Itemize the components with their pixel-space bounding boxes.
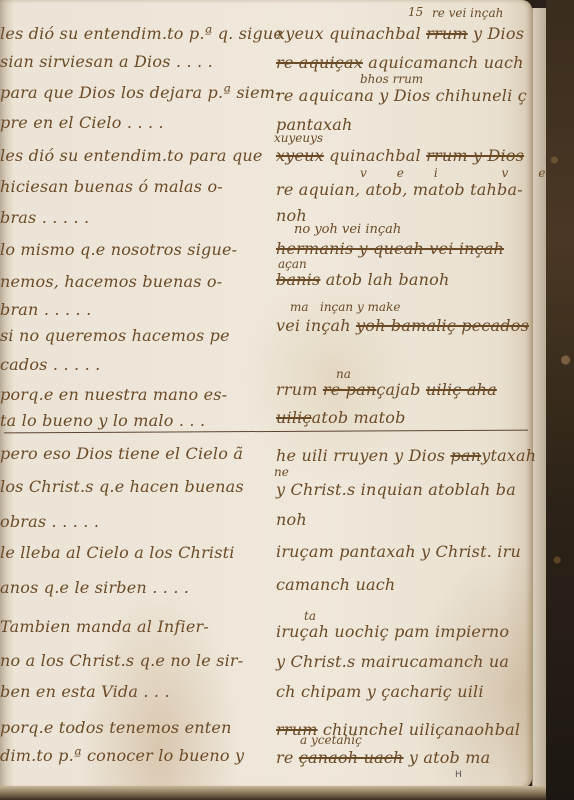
line-text: atob matob bbox=[312, 408, 406, 427]
translation-line: xyeux quinachbal rrum y Dios bbox=[276, 24, 524, 43]
spanish-line: bras . . . . . bbox=[0, 208, 89, 227]
line-text: aquicamanch uach bbox=[368, 53, 523, 72]
spanish-line: lo mismo q.e nosotros sigue- bbox=[0, 240, 237, 259]
spanish-line: les dió su entendim.to para que bbox=[0, 146, 263, 165]
spanish-line: anos q.e le sirben . . . . bbox=[0, 578, 189, 597]
spanish-line: si no queremos hacemos pe bbox=[0, 326, 230, 345]
line-text: quinachbal bbox=[329, 146, 421, 165]
struck-text: rrum bbox=[426, 24, 468, 43]
translation-line: he uili rruyen y Dios panytaxah bbox=[276, 446, 536, 465]
spanish-line: no a los Christ.s q.e no le sir- bbox=[0, 651, 243, 670]
spanish-line: sian sirviesan a Dios . . . . bbox=[0, 52, 213, 71]
page-stack-edge bbox=[532, 8, 547, 790]
translation-line: camanch uach bbox=[276, 575, 395, 594]
spanish-line: pero eso Dios tiene el Cielo ã bbox=[0, 444, 243, 463]
line-text: xyeux quinachbal bbox=[276, 24, 421, 43]
line-text: rrum bbox=[276, 380, 318, 399]
translation-line: re aquiçax aquicamanch uach bbox=[276, 53, 524, 72]
spanish-line: porq.e todos tenemos enten bbox=[0, 718, 232, 737]
spanish-line: ta lo bueno y lo malo . . . bbox=[0, 411, 205, 430]
translation-line: ch chipam y çachariç uili bbox=[276, 682, 484, 701]
interlinear-insertion: ne bbox=[274, 465, 289, 479]
struck-text: yoh bamaliç pecados bbox=[356, 316, 529, 335]
line-text: he uili rruyen y Dios bbox=[276, 446, 445, 465]
translation-line: uiliçatob matob bbox=[276, 408, 406, 427]
translation-line: re çanaoh uach y atob ma bbox=[276, 748, 490, 767]
line-text: çajab bbox=[376, 380, 420, 399]
spanish-line: cados . . . . . bbox=[0, 355, 100, 374]
line-text: re bbox=[276, 748, 294, 767]
interlinear-insertion: vei vei bbox=[360, 166, 574, 180]
struck-text: rrum y Dios bbox=[426, 146, 524, 165]
translation-line: iruçah uochiç pam impierno bbox=[276, 622, 509, 641]
interlinear-insertion: xuyeuys bbox=[274, 131, 323, 145]
interlinear-insertion: bhos rrum bbox=[360, 72, 423, 86]
interlinear-insertion: na bbox=[336, 367, 351, 381]
struck-text: banis bbox=[276, 270, 320, 289]
struck-text: uiliç aha bbox=[426, 380, 497, 399]
spanish-line: les dió su entendim.to p.ª q. sigue bbox=[0, 24, 283, 43]
spanish-line: los Christ.s q.e hacen buenas bbox=[0, 477, 244, 496]
spanish-line: hiciesan buenas ó malas o- bbox=[0, 177, 223, 196]
interlinear-insertion: açan bbox=[278, 257, 307, 271]
line-text: vei inçah bbox=[276, 316, 351, 335]
spanish-line: porq.e en nuestra mano es- bbox=[0, 385, 227, 404]
line-text: y Dios bbox=[473, 24, 524, 43]
translation-line: banis atob lah banoh bbox=[276, 270, 450, 289]
translation-line: y Christ.s mairucamanch ua bbox=[276, 652, 509, 671]
struck-text: xyeux bbox=[276, 146, 324, 165]
spanish-line: Tambien manda al Infier- bbox=[0, 617, 209, 636]
interlinear-insertion: a ycetahiç bbox=[300, 733, 362, 747]
translation-line: xyeux quinachbal rrum y Dios bbox=[276, 146, 524, 165]
line-text: ytaxah bbox=[481, 446, 536, 465]
interlinear-insertion: re vei inçah bbox=[432, 6, 503, 20]
struck-text: uiliç bbox=[276, 408, 312, 427]
page-bottom-edge bbox=[0, 786, 546, 800]
translation-line: re aquian, atob, matob tahba- bbox=[276, 180, 523, 199]
spanish-line: dim.to p.ª conocer lo bueno y bbox=[0, 746, 244, 765]
interlinear-insertion: ta bbox=[304, 609, 316, 623]
spanish-line: le lleba al Cielo a los Christi bbox=[0, 543, 235, 562]
translation-line: iruçam pantaxah y Christ. iru bbox=[276, 542, 521, 561]
translation-line: rrum re pançajab uiliç aha bbox=[276, 380, 497, 399]
line-text: atob lah banoh bbox=[326, 270, 450, 289]
struck-text: re pan bbox=[323, 380, 377, 399]
translation-line: noh bbox=[276, 510, 307, 529]
spanish-line: para que Dios los dejara p.ª siem- bbox=[0, 83, 281, 102]
translation-line: vei inçah yoh bamaliç pecados bbox=[276, 316, 529, 335]
struck-text: pan bbox=[451, 446, 482, 465]
struck-text: çanaoh uach bbox=[299, 748, 404, 767]
pencil-mark: H bbox=[455, 770, 462, 780]
line-text: y atob ma bbox=[409, 748, 491, 767]
translation-line: re aquicana y Dios chihuneli ç bbox=[276, 86, 527, 105]
spanish-line: obras . . . . . bbox=[0, 512, 99, 531]
interlinear-insertion: no yoh vei inçah bbox=[294, 222, 401, 237]
struck-text: hermanis y queah vei inçah bbox=[276, 239, 504, 258]
interlinear-insertion: ma inçan y make bbox=[290, 300, 400, 314]
spanish-line: pre en el Cielo . . . . bbox=[0, 113, 164, 132]
translation-line: hermanis y queah vei inçah bbox=[276, 239, 504, 258]
spanish-line: nemos, hacemos buenas o- bbox=[0, 272, 222, 291]
struck-text: re aquiçax bbox=[276, 53, 363, 72]
translation-line: y Christ.s inquian atoblah ba bbox=[276, 480, 516, 499]
spanish-line: bran . . . . . bbox=[0, 300, 91, 319]
folio-number: 15 bbox=[408, 5, 423, 19]
book-binding bbox=[546, 0, 574, 800]
spanish-line: ben en esta Vida . . . bbox=[0, 682, 170, 701]
